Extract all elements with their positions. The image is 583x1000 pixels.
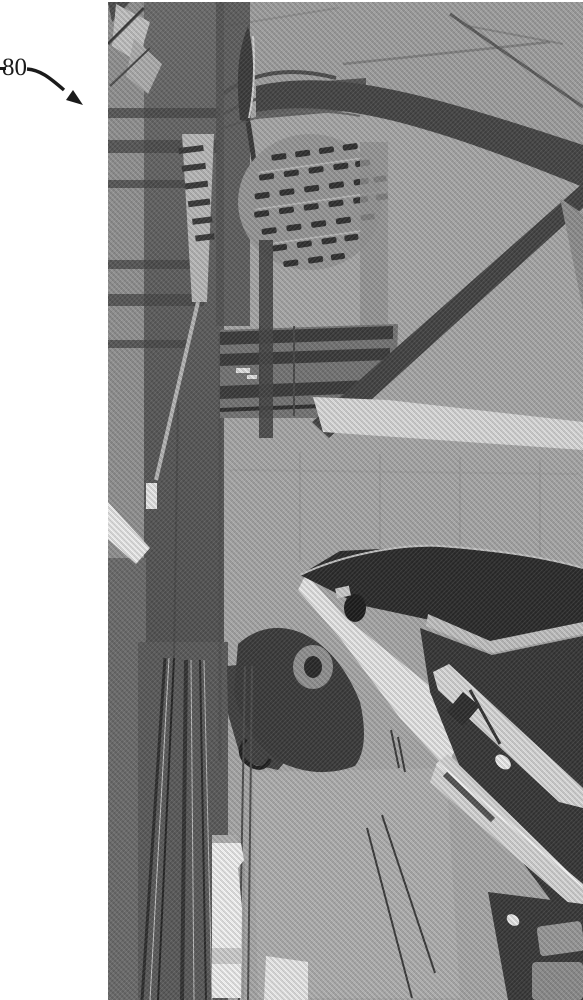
patent-figure-page: 80 <box>0 0 583 1000</box>
leader-arrow-icon <box>0 0 110 125</box>
halftone-texture-overlay <box>108 2 583 1000</box>
vehicle-transport-interior-photo <box>108 2 583 1000</box>
